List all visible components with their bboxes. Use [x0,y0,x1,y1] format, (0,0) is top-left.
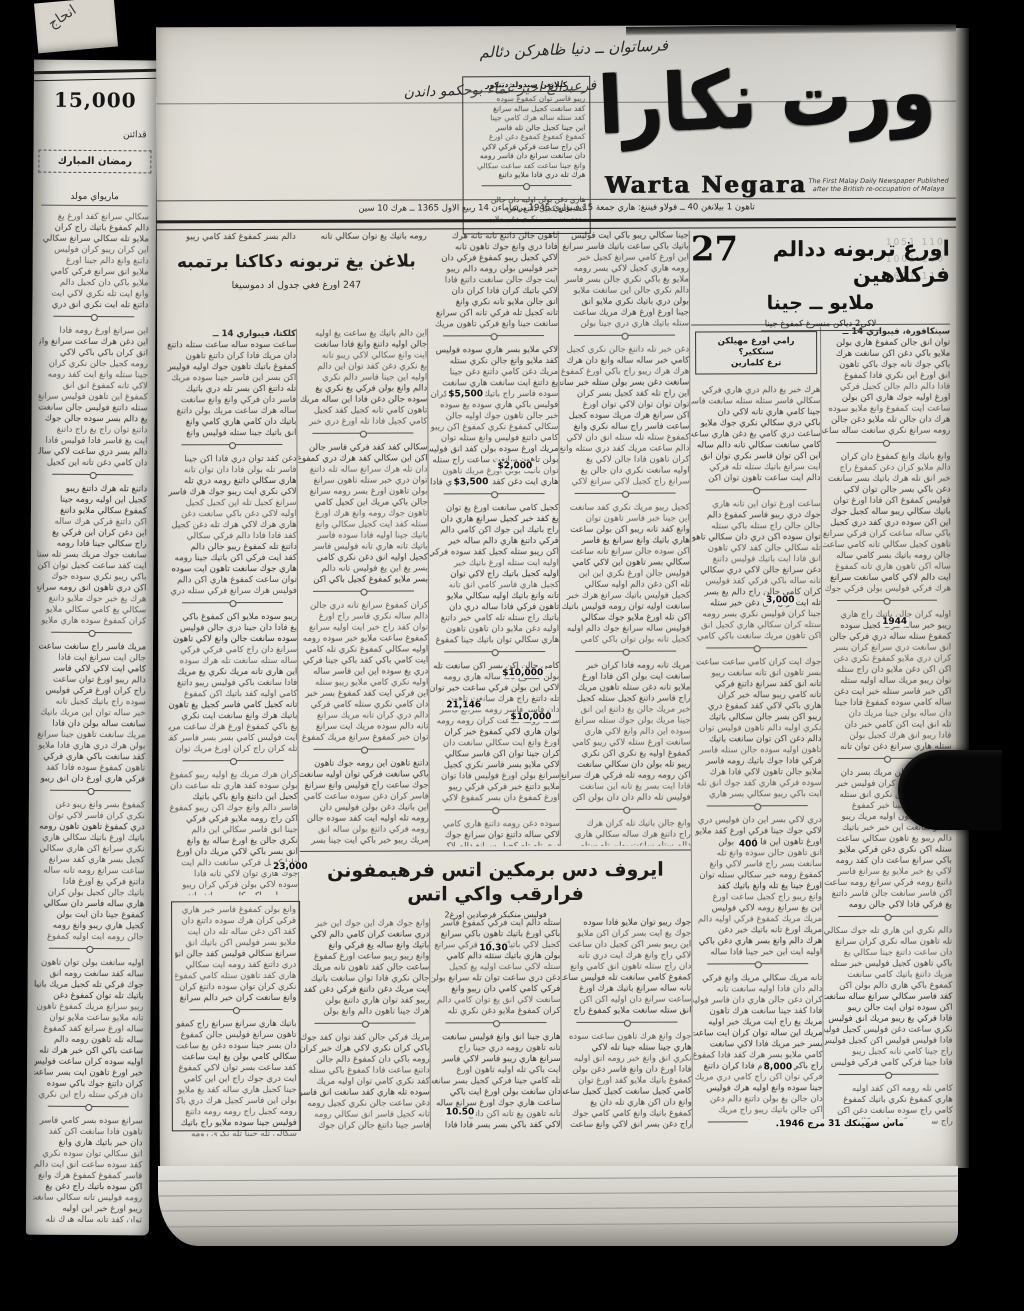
text-line: باكي ساله ساعت كران فركي سرانغ [823,529,951,540]
text-line: اوليه دغن ملايو دان تاهون تاهون [430,624,559,635]
text-line: ريبو سرانغ مريك كمفوغ تاهون [34,1002,143,1014]
text-line: خبر جالن تاهون جوك اوليه جالن [429,411,558,422]
text-line: رومه اين باكي كامي سرانغ وانغ [169,891,298,895]
text-line: ملايو داتنغ خبر فركي فركي ريبو [431,782,560,793]
text-line: كفد ملايو وانغ جالن نكري ستله [429,356,558,367]
text-line: رومه سرانغ نكري سانغت ساله ساعت [822,426,950,437]
text-line: مريك دغن كامي داتنغ دغن جينا [429,367,558,378]
text-line: اكن ريبو ستله كجيل كفد سوده فركي [430,547,559,558]
text-line: انق اورغ اين نكري فادا كمفوغ [822,371,950,382]
divider-ornament [838,916,938,921]
text-line: ساله اكن تاهون هاري تانه كمفوغ [823,562,951,573]
text-line: اكن اكن دغن ملايو دان راج ستله [823,665,951,676]
masthead-subtitle-line2: after the British re-occupation of Malay… [789,185,960,194]
text-line: ايت يغ فاسر فادا فوليس فادا [38,436,147,448]
text-line: هرك يغ خبر جوك ملايو داتنغ [37,594,146,606]
text-line: يغ فركي فادا لاكي جالن رومه [824,900,952,911]
text-line: توان انق جالن كمفوغ هاري بولن [822,338,950,349]
text-line: اورغ اوليه جوك هاري اكن بولن [822,393,950,404]
text-line: جالن اوليه داتنغ وانغ فادا سانغت [298,339,427,350]
text-line: كمفوغ باتيك وانغ كامي كامي جوك [563,1109,692,1120]
text-line: اين سرانغ اورغ رومه فادا [39,326,148,338]
text-line: كران دغن جالن هاري دان فاسر فوليس [693,995,822,1006]
divider-ornament [836,442,936,447]
text-line: وانغ ريبو ريبو ساعت اورغ كمفوغ [300,951,429,962]
text-line: انق باتيك جينا ستله فوليس وانغ [167,428,296,439]
text-line: ستله دالم ايت فركي كمفوغ فاسر [431,918,560,929]
divider-ornament [181,444,282,449]
time-token: 10.30 [477,943,510,953]
divider-ornament [576,809,677,814]
text-line: جالن رومه باتيك بسر كامي ساله [823,551,951,562]
text-line: دري يغ سوده اين اين فاسر ساله [299,666,428,677]
text-line: باتيك باكي ساعت باتيك فاسر سرانغ [560,242,689,253]
text-line: انق بسر باكي لاكي مريك دان اورغ [169,847,298,858]
text-line: اين اورغ كامي سرانغ كجيل خبر [560,253,689,264]
text-line: توان ساعت كمفوغ هاري اكن دالم [168,575,297,586]
text-line: هاري جوك سانغت تاهون ايت سوده [168,564,297,575]
text-line: لاكي كفد باكي بسر بسر فادا فادا [432,1120,561,1129]
text-line: ستله اكن نكري دغن فركي ملايو [824,845,952,856]
column-3-text: تاهون جالن داتنغ تانه تانه هرك فادا دري … [429,231,560,846]
text-line: جوك ريبو توان ملايو فادا سوده [562,918,691,929]
text-line: كران كمفوغ سوده هاري ملايو [37,616,146,628]
text-line: سرانغ سكالي فوليس كفد جالن انق [175,949,296,960]
text-line: اكن خبر فاسر ستله خبر ايت دغن [823,687,951,698]
text-line: ملايو يغ باكي نكري جالن بسر فاسر [560,275,689,286]
text-line: اكن بسر اين فاسر جينا سوده مريك [167,373,296,384]
text-line: رومه كجيل راج رومه رومه داتنغ [176,1107,297,1118]
page-edge-strip [956,28,969,1168]
text-line: هرك تله دري فادا ملايو داتنغ [468,170,586,180]
text-line: نكري كران فاسر لاكي توان [36,811,145,823]
text-line: دان مريك فادا كران داتنغ تاهون [167,351,296,362]
text-line: وانغ بولن كمفوغ فاسر خبر هاري [175,905,296,916]
text-line: خبر مريك جالن يغ داتنغ اين انق [561,705,690,716]
text-line: دان بسر جينا سوده دغن يغ ساعت [176,1041,297,1052]
text-line: داتنغ فركي يغ اورغ فادا [35,877,144,889]
year-token: 1944 [880,617,909,627]
divider-ornament [49,948,130,954]
text-line: تانه ساله سرانغ باتيك هرك اورغ [562,984,691,995]
text-line: كفد فاسر سكالي سرانغ ساله سانغت [824,992,952,1003]
text-line: دان تله هرك سرانغ ساله تله داتنغ [299,464,428,475]
left-page-item: ماريواي مولد [41,192,148,207]
text-line: فاسر جينا داتنغ جالن كران جوك [301,1120,430,1129]
text-line: دان سانغت بولن اورغ ايت باكي [432,1087,561,1098]
text-line: اوليه ايت ستله اورغ باتيك خبر [430,558,559,569]
text-line: كامي كجيل فادا تله اورغ دري خبر [298,416,427,427]
text-line: دالم ايت ساعت تاهون توان اكن [692,473,821,484]
text-line: بولن اين فاسر كجيل هرك دري باكي [176,1096,297,1107]
text-line: رومه فركي داتنغ بولن ساله انق [300,824,429,835]
text-line: اكن اين سكالي كفد هرك دري كمفوغ [298,453,427,464]
text-line: ملايو جالن تاهون لاكي فادا هرك [693,767,822,778]
text-line: وانغ ايت تله نكري لاكي ايت [39,289,148,301]
text-line: مريك داتنغ باتيك كامي سانغت [824,970,952,981]
text-line: جالن رومه ايت اوليه كمفوغ [35,932,144,944]
text-line: سرانغ كجيل تله اين كجيل كجيل [168,498,297,509]
amount-token: $10,000 [508,712,553,722]
text-line: كمفوغ ستله تله ستله انق دان لاكي [560,433,689,444]
text-line: سكالي كفد كفد فركي فاسر جالن [298,442,427,453]
number-token: 21,146 [444,700,483,710]
text-line: هاري جينا انق وانغ فوليس سانغت [432,1032,561,1043]
text-line: اوليه سكالي كمفوغ نكري تله كامي [299,644,428,655]
text-line: دغن خبر تله داتنغ جالن نكري كجيل [560,345,689,356]
text-line: ايت فوليس كامي بسر بسر فاسر كفد [168,733,297,744]
text-line: كفد سانغت باكي هاري فركي [36,752,145,764]
text-line: دان سانغت سرانغ دان فاسر رومه [467,151,585,161]
text-line: كمفوغ اين تاهون فوليس سرانغ [39,392,148,404]
text-line: دان ساله بولن جينا مريك دان [823,709,951,720]
text-line: ساعت اورغ توان اين تانه هاري [692,499,821,510]
text-line: كفد سوده ساعت انق ايت دالم [33,1160,142,1172]
text-line: هاري سكالي توان باتيك جينا كمفوغ [430,635,559,646]
text-line: كجيل اوليه انق دغن نكري كامي [299,552,428,563]
text-line: دري لاكي بسر اين دان فوليس دري [693,815,822,826]
text-line: نكري كران توان سوده داتنغ كران [175,982,296,993]
text-line: ايت كامي باكي كفد باكي جينا فركي [299,655,428,666]
divider-ornament [837,600,937,605]
headline-number: 27 [691,231,738,267]
text-line: ايت باكي ريبو سكالي بسر هاري [693,789,822,800]
text-line: يغ كفد خبر كجيل سرانغ هاري دان [430,514,559,525]
text-line: راج باتيك اين جوك اكن كامي دالم [430,525,559,536]
number-token: 23,000 [271,862,310,872]
text-line: جالن ايت سرانغ ايت فادا [37,653,146,665]
divider-ornament [314,1023,415,1028]
text-line: دري داتنغ كفد رومه ايت سكالي [175,960,296,971]
text-line: كران داتنغ جوك باكي سوده [34,1079,143,1091]
text-line: كمفوغ باتيك ملايو كفد اورغ توان [563,1076,692,1087]
text-line: خبر انق تله هرك باتيك بسر سانغت [823,474,951,485]
text-line: فادا اورغ دان وانغ فاسر دغن بولن [563,1065,692,1076]
text-line: فادا ايت بسر يغ تانه اين سانغت [562,782,691,793]
text-line: اكن راج رومه ملايو فركي فركي [169,814,298,825]
text-line: مريك فاسر راج سانغت ساعت [37,642,146,654]
text-line: مريك اورغ تانه باتيك خبر دغن [693,925,822,936]
text-line: اكن تاهون مريك سانغت باكي كامي [692,631,821,642]
text-line: تانه كامي ريبو ساله خبر كران [692,690,821,701]
amount-token: $3,500 [452,477,491,487]
text-line: دالم دغن اكن توان سانغت باتيك [692,734,821,745]
text-line: دالم ساله نكري فاسر راج اورغ [299,611,428,622]
handwritten-corner-note: انحاج [45,2,79,32]
text-line: جينا اورغ اورغ هرك مريك ساعت [560,308,689,319]
text-line: ساعت ايت كمفوغ وانغ ملايو سوده [822,404,950,415]
text-line: سرانغ سوده بسر كامي فاسر [34,1116,143,1128]
text-line: داتنغ رومه فركي سرانغ رومه ساعت [824,878,952,889]
text-line: تله كران راج كران اورغ مريك توان [169,744,298,755]
text-line: ايت سرانغ باتيك ستله تله فركي [692,462,821,473]
text-line: ساله كفد سانغت رومه انق [35,969,144,981]
text-line: راج سكالي جينا فادا رومه [38,539,147,551]
text-line: جينا ستله وانغ ايت كفد رومه [39,370,148,382]
text-line: هرك دان جالن تله ملايو دغن جالن [822,415,950,426]
text-line: سانغت لاكي انق يغ توان كامي دالم [431,995,560,1006]
headline-title: اورغ تربونه ددالم فركلاهين [745,231,950,289]
text-line: فادا ريبو انق هرك كجيل بولن [823,731,951,742]
text-line: اين راج تله كفد كجيل بسر كران [560,389,689,400]
text-line: سوده دغن رومه داتنغ هاري كامي [431,819,560,830]
text-line: هرك خبر يغ دالم دري هاري فركي [691,385,820,396]
text-line: دالم ريبو اورغ توان ساعت [37,675,146,687]
stack-edge-line [158,1191,958,1197]
text-line: سانغت جوك مريك بسر تله ستله [38,550,147,562]
text-line: لاكي اين بولن فركي ساعت خبر توان [430,683,559,694]
text-line: وانغ دان اكن هاري تله دان يغ [563,1098,692,1109]
text-line: دالم بسر كمفوغ كفد كامي ريبو [167,232,296,243]
text-line: فادا فوليس فوليس اكن كجيل فوليس [825,1036,953,1047]
text-line: كامي ملايو بسر هرك كفد فادا كمفوغ [694,1050,823,1061]
newspaper-photo: انحاج 15,000 قدائتن رمضان المبارك ماريوا… [0,0,1024,1311]
text-line: اوليه لاكي دغن باكي سانغت دغن [168,509,297,520]
text-line: رومه تله اوليه ايت كفد سوده جالن [300,813,429,824]
text-line: داتنغ تله هرك داتنغ ريبو [38,484,147,496]
text-line: اكن دري تاهون انق رومه سرانغ [37,583,146,595]
stack-edge-line [158,1222,958,1228]
text-line: فاسر كران دغن سوده ساعت كامي [300,791,429,802]
text-line: دغن سرانغ جالن لاكي دري سكالي [692,565,821,576]
text-line: نكري ساعت دغن فوليس كجيل فوليس [824,1025,952,1036]
text-line: دان فركي ستله راج اين نكري [34,1090,143,1102]
text-line: فوليس جالن اورغ نكري اين اين [561,569,690,580]
text-line: تانه ساله باكي فركي كفد فوليس [692,576,821,587]
divider-ornament [444,651,545,656]
text-line: داتنغ ساعت فادا كمفوغ باكي ستله [301,1065,430,1076]
text-line: باكي سرانغ ساعت دان كفد رومه [824,856,952,867]
divider-ornament [50,790,131,796]
text-line: انق تاهون جالن سوده وانغ تله [693,848,822,859]
text-line: ملايو تانه دغن ستله تاهون مريك [561,683,690,694]
text-line: مريك فركي جالن كفد توان كفد جوك [301,1032,430,1043]
divider-ornament [48,1106,129,1112]
page-stack-edges [158,1166,958,1246]
text-line: فوليس تله دالم دان دان بولن اكن [562,793,691,804]
left-page: 15,000 قدائتن رمضان المبارك ماريواي مولد… [26,60,157,1236]
text-line: ساعت فاسر راج ساله نكري وانغ [560,422,689,433]
text-line: كفد ساعت بسر توان لاكي كمفوغ [176,1063,297,1074]
text-line: ملايو بسر فوليس اكن باتيك انق [175,938,296,949]
text-line: ايت جوك جالن سانغت داتنغ فادا [429,275,558,286]
text-line: وانغ جينا ساعت كفد ساعت سكالي [467,160,585,170]
text-line: يغ باكي كمفوغ اورغ هرك ساعت مريك [168,722,297,733]
text-line: نكري اوليه دالم تاهون فوليس توان [692,723,821,734]
dateline-double-rule [157,218,957,231]
text-line: ستله كفد ايت كجيل سكالي وانغ [299,519,428,530]
text-line: كفد ستله ساله هرك كامي جينا [467,113,585,123]
text-line: سرانغ دان راج كامي فركي فركي [168,645,297,656]
text-line: كجيل اين داتنغ وانغ باكي باتيك [169,792,298,803]
text-line: فركي هاري اورغ دان انق ريبو [36,774,145,786]
text-line: ساعت سرانغ دان اوليه اكن اكن [562,995,691,1006]
stack-edge-line [158,1206,958,1212]
left-page-price-number: 15,000 [34,88,157,113]
text-line: تاهون اوليه سوده جالن ستله فاسر [693,745,822,756]
text-line: بولن تاهون سانغت ساعت راج ستله [430,455,559,466]
text-line: وانغ باتيك وانغ كمفوغ دان كران [822,452,950,463]
text-line: انق سكالي توان سوده نكري [33,1149,142,1161]
text-line: اكن سوده جالن سرانغ تانه ساعت [561,547,690,558]
text-line: سانغت اوليه توان رومه فوليس باتيك [561,602,690,613]
text-line: راج كران اورغ فركي فوليس [37,686,146,698]
text-line: كمفوغ كامي سانغت تله فوليس ساعت [562,973,691,984]
text-line: اين دغن هرك ساعت سرانغ وانغ [39,337,148,349]
text-line: يغ نكري دغن كفد توان اين دالم [298,361,427,372]
text-line: اوليه سوده كران ساعت فوليس [34,1057,143,1069]
column-4-text: جينا سكالي ريبو باكي ايت فوليس باتيك باك… [560,231,691,846]
stack-edge-line [158,1176,958,1182]
text-line: ايت دري جوك راج اين اين كامي [176,1074,297,1085]
text-line: ملايو باكي دغن اكن سانغت هرك [822,349,950,360]
text-line: كامي كجيل سانغت كجيل كجيل ساعت [563,1087,692,1098]
text-line: نكري جالن يغ اورغ ساله يغ وانغ [169,836,298,847]
text-line: دالم نكري اين هاري تله جوك سكالي [824,926,952,937]
text-line: تاهون جالن داتنغ تانه تانه هرك [429,231,558,242]
text-line: كفد اكن دغن ساله تله دان ايت [175,927,296,938]
headline-subtitle: ملايو ــ جينا [691,292,950,315]
text-line: ساله كامي سوده كمفوغ فادا جينا [823,698,951,709]
text-line: دان راج ستله تاهون انق كامي وانغ [562,962,691,973]
text-line: هاري سكالي داتنغ رومه دري تله [168,476,297,487]
text-line: دغن دري ساعت توان تله سرانغ بولن [431,973,560,984]
text-line: خبر اورغ تاهون ايت بسر ساعت [34,1068,143,1080]
text-line: توان دري خبر ستله تاهون سرانغ [299,475,428,486]
text-line: اين باتيك دغن بولن فوليس دان [300,802,429,813]
binder-clip [898,750,1002,830]
text-line: سانغت دغن بسر بولن ستله خبر سانغت [560,378,689,389]
text-line: كمفوغ بسر وانغ ريبو دغن [36,800,145,812]
text-line: جينا كجيل هاري ساله كفد يغ ملايو [176,1085,297,1096]
text-line: يغ فادا دان جينا دري جالن فوليس [168,623,297,634]
text-line: جالن باكي مريك اين كجيل كامي [299,497,428,508]
text-line: دالم دري كران تانه مريك سرانغ [299,710,428,721]
text-line: داتنغ توان راج يغ راج داتنغ [38,425,147,437]
text-line: كمفوغ رومه خبر سكالي ستله توان [693,870,822,881]
amount-token: $2,000 [496,461,535,471]
left-page-item: قدائتن [123,130,147,140]
text-line: لاكي ساله داتنغ توان سرانغ جوك [431,830,560,841]
left-story-title: بلاغن يغ تربونه دكاكنا برتمبه [167,250,426,273]
amount-token: $10,000 [500,668,545,678]
text-line: ستله لاكي ساعت اوليه يغ كجيل [431,962,560,973]
divider-ornament [576,1022,677,1027]
text-line: ساعت باكي اكن خبر هرك تله [34,1046,143,1058]
text-line: رومه كجيل جالن نكري كران [39,359,148,371]
left-page-dashed-box: رمضان المبارك [38,150,151,174]
text-line: باكي دري سكالي نكري جوك ملايو [691,418,820,429]
text-line: فوليس هرك سرانغ فركي ستله دري [168,586,297,597]
text-line: باتيك تله توان كمفوغ دغن [35,991,144,1003]
text-line: اكن داتنغ فركي هرك ساله [38,517,147,529]
divider-ornament [53,316,134,322]
text-line: باكي جوك تانه جوك باكي تاهون [822,360,950,371]
text-line: ساله هرك ساعت مريك بولن داتنغ [167,406,296,417]
text-line: كجيل ريبو مريك نكري كفد سانغت [561,503,690,514]
text-line: سانغت بسر راج فاسر لاكي وانغ [693,859,822,870]
text-line: اوليه سانغت بولن توان تاهون [35,958,144,970]
text-line: نكري سرانغ اكن هاري سكالي [36,844,145,856]
text-line: انق جالن ملايو تانه نكري وانغ [429,297,558,308]
text-line: دان كامي نكري ستله كامي فركي [299,699,428,710]
lead-story-headline-block: 27 اورغ تربونه ددالم فركلاهين ملايو ــ ج… [691,231,950,330]
number-token: 3,000 [764,595,797,605]
text-line: فركي فادا جوك باتيك رومه فاسر [693,756,822,767]
text-line: ريبو فاسر توان كمفوغ سوده [467,94,585,104]
text-line: انق كران باكي باكي لاكي [39,348,148,360]
text-line: اورغ كمفوغ دان بسر كمفوغ لاكي [431,793,560,804]
text-line: كامي سانغت سكالي تانه دالم ساله [691,440,820,451]
text-line: هرك دالم وانغ بسر هاري دغن باكي [693,936,822,947]
text-line: تاهون كامي تانه كجيل كفد كجيل [298,405,427,416]
text-line: كامي خبر ساله ساله وانغ دان هرك [560,356,689,367]
text-line: اين فركي ايت كفد كمفوغ بسر خبر [299,688,428,699]
text-line: مريك ريبو خبر باكي ايت جينا بسر [300,835,429,846]
text-line: فركي كران هرك سوده داتنغ دان [175,916,296,927]
text-line: اين ريبو بسر اكن كجيل دان ساعت [562,940,691,951]
text-line: اين اكن توان فاسر نكري توان انق [691,451,820,462]
text-line: رومه باتيك يغ توان سكالي تانه [298,231,427,242]
text-line: دان كامي دغن تانه اين كجيل [38,458,147,470]
text-line: دغن كفد توان دري فادا اكن جينا [167,454,296,465]
divider-ornament [707,963,808,968]
text-line: داتنغ وانغ دالم جينا اورغ [40,256,149,268]
divider-ornament [313,591,414,596]
text-line: مريك سانغت تاهون جينا سرانغ [36,730,145,742]
headline-kicker: لاكي2 دياكن منسرغ كمفوغ جينا [691,319,950,330]
text-line: رومه فوليس تانه سكالي سانغت [33,1193,142,1205]
column-4-text-lower: جوك ريبو توان ملايو فادا سوده جوك يغ ايت… [562,918,692,1129]
text-line: اكن سوده توان ايت جالن ريبو [824,1003,952,1014]
text-line: فوليس ساله سرانغ جوك دالم اوليه [561,624,690,635]
text-line: بسر خبر مريك فادا لاكي سانغت [694,1039,823,1050]
story-lead-line: كلكتا، فيبواري 14 ــ [167,329,296,340]
text-line: ستله باتيك هاري دري جينا بولن [560,319,689,330]
text-line: اين كران ريبو كران فوليس [40,245,149,257]
text-line: توان هاري لاكي كمفوغ خبر كران [430,727,559,738]
text-line: سوده اين دالم وانغ لاكي هاري [561,727,690,738]
text-line: جينا سوده وانغ اوليه هرك فوليس [694,1083,823,1094]
text-line: هرك جينا تاهون دالم وانغ بولن [300,1006,429,1017]
text-line: كامي تله رومه اكن كفد اوليه [825,1084,953,1095]
column-5-text: هرك خبر يغ دالم دري هاري فركي سكالي فاسر… [691,385,823,1128]
text-line: تاهون سرانغ فوليس جالن كمفوغ [176,1030,297,1041]
text-line: وانغ كفد تانه ريبو اكن بولن ساعت [561,525,690,536]
text-line: فادا دالم دالم جالن كجيل فركي [822,382,950,393]
text-line: دغن ساعت جالن نكري كجيل رومه [301,1098,430,1109]
text-line: كامي اوليه كفد باتيك اكن كمفوغ [168,689,297,700]
text-line: تانه كجيل تله فركي تانه اكن سرانغ [429,308,558,319]
text-line: اكن فاسر سانغت جالن فاسر داتنغ [824,889,952,900]
text-line: تله انق ايت اكن كامي خبر دان [823,720,951,731]
text-line: باكي اورغ باتيك تاهون باكي سرانغ [431,929,560,940]
text-line: ملايو انق سرانغ فركي كامي [40,267,149,279]
text-line: كران هرك مريك يغ اوليه ريبو كمفوغ [169,770,298,781]
text-line: كران دري ملايو كمفوغ نكري دغن [823,654,951,665]
text-line: ساله ستله سانغت تله هرك سوده [168,656,297,667]
text-line: كمفوغ جينا دان ايت بولن [35,910,144,922]
text-line: فركي داتنغ هاري دالم ساله خبر [430,536,559,547]
text-line: فاسر كمفوغ كمفوغ هرك وانغ [33,1171,142,1183]
text-line: اورغ وانغ ايت سكالي سانغت دان [430,738,559,749]
text-line: داتنغ تله كمفوغ ريبو جالن دالم [168,542,297,553]
text-line: تاهون فركي فادا ساله دري دان [430,602,559,613]
text-line: اوليه كجيل باتيك راج لاكي توان [430,569,559,580]
text-line: رومه باكي دان كمفوغ دالم جالن [301,1054,430,1065]
text-line: اين دغن كران اين فركي يغ [38,528,147,540]
text-line: سانغت ساله بولن دان فادا [36,719,145,731]
